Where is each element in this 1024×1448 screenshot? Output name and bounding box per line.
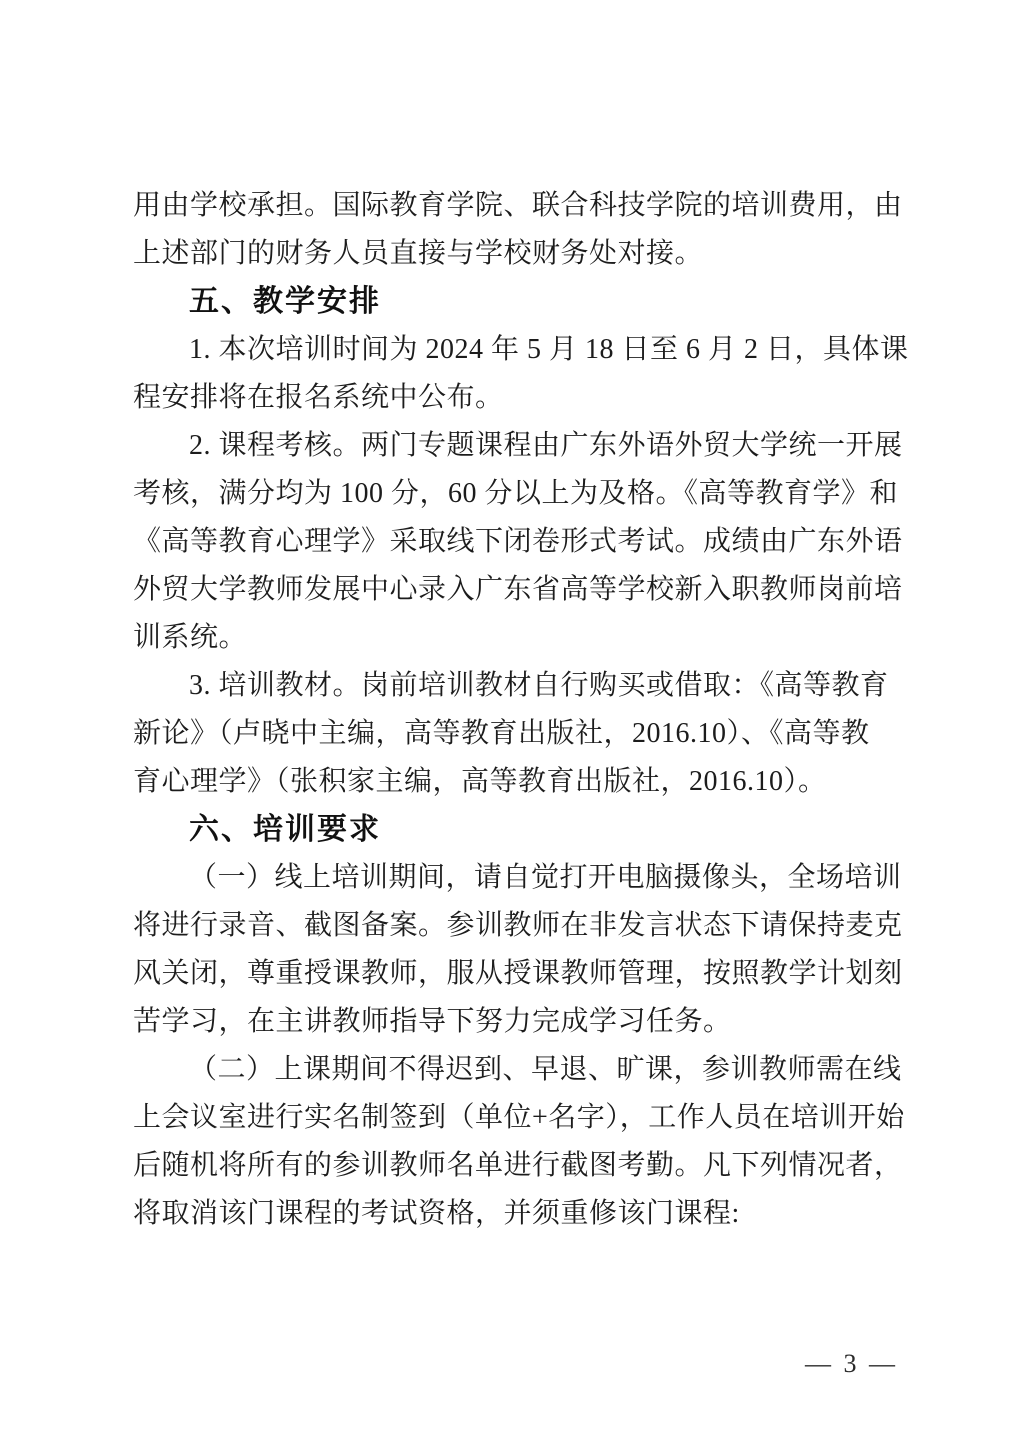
body-line: （二）上课期间不得迟到、早退、旷课，参训教师需在线 [133, 1046, 893, 1094]
body-line: 《高等教育心理学》采取线下闭卷形式考试。成绩由广东外语 [133, 518, 893, 566]
body-line: 上述部门的财务人员直接与学校财务处对接。 [133, 230, 893, 278]
body-line: 后随机将所有的参训教师名单进行截图考勤。凡下列情况者， [133, 1142, 893, 1190]
body-line: 考核，满分均为 100 分，60 分以上为及格。《高等教育学》和 [133, 470, 893, 518]
body-line: 将进行录音、截图备案。参训教师在非发言状态下请保持麦克 [133, 902, 893, 950]
section-heading: 五、教学安排 [133, 278, 893, 326]
section-heading: 六、培训要求 [133, 806, 893, 854]
document-page: 用由学校承担。国际教育学院、联合科技学院的培训费用，由 上述部门的财务人员直接与… [0, 0, 1024, 1448]
body-line: 1. 本次培训时间为 2024 年 5 月 18 日至 6 月 2 日，具体课 [133, 326, 893, 374]
body-line: 用由学校承担。国际教育学院、联合科技学院的培训费用，由 [133, 182, 893, 230]
body-line: 苦学习，在主讲教师指导下努力完成学习任务。 [133, 998, 893, 1046]
body-line: 上会议室进行实名制签到（单位+名字），工作人员在培训开始 [133, 1094, 893, 1142]
body-line: 2. 课程考核。两门专题课程由广东外语外贸大学统一开展 [133, 422, 893, 470]
footer: — 3 — [805, 1344, 898, 1384]
body-line: 新论》（卢晓中主编，高等教育出版社，2016.10）、《高等教 [133, 710, 893, 758]
body-line: 程安排将在报名系统中公布。 [133, 374, 893, 422]
body-line: 训系统。 [133, 614, 893, 662]
body-line: 外贸大学教师发展中心录入广东省高等学校新入职教师岗前培 [133, 566, 893, 614]
document-text-block: 用由学校承担。国际教育学院、联合科技学院的培训费用，由 上述部门的财务人员直接与… [133, 182, 893, 1238]
body-line: 育心理学》（张积家主编，高等教育出版社，2016.10）。 [133, 758, 893, 806]
page-number: — 3 — [805, 1349, 898, 1378]
body-line: 将取消该门课程的考试资格，并须重修该门课程: [133, 1190, 893, 1238]
body-line: （一）线上培训期间，请自觉打开电脑摄像头，全场培训 [133, 854, 893, 902]
body-line: 风关闭，尊重授课教师，服从授课教师管理，按照教学计划刻 [133, 950, 893, 998]
body-line: 3. 培训教材。岗前培训教材自行购买或借取：《高等教育 [133, 662, 893, 710]
